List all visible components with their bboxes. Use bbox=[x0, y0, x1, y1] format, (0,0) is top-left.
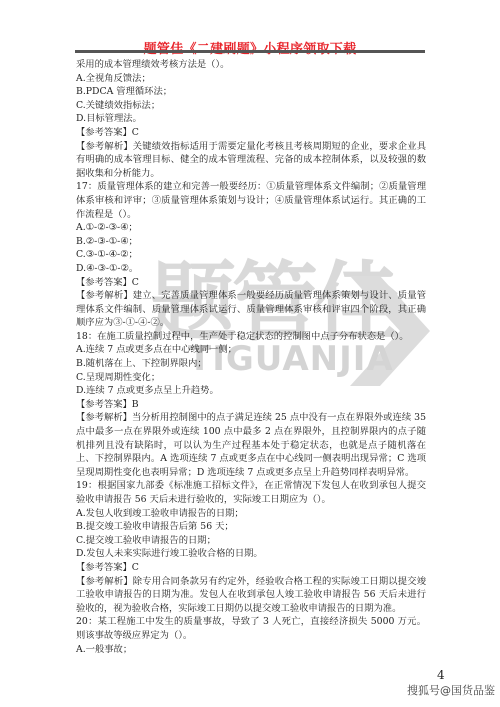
option-d: D.连续 7 点或更多点呈上升趋势。 bbox=[76, 384, 426, 398]
question-stem: 采用的成本管理绩效考核方法是（）。 bbox=[76, 58, 426, 72]
document-body: 采用的成本管理绩效考核方法是（）。 A.全视角反馈法； B.PDCA 管理循环法… bbox=[76, 58, 426, 656]
explanation: 【参考解析】除专用合同条款另有约定外，经验收合格工程的实际竣工日期以提交竣工验收… bbox=[76, 575, 426, 616]
question-19: 19：根据国家九部委《标准施工招标文件》，在正常情况下发包人在收到承包人提交验收… bbox=[76, 479, 426, 506]
option-a: A.全视角反馈法； bbox=[76, 72, 426, 86]
option-b: B.提交竣工验收申请报告后第 56 天； bbox=[76, 520, 426, 534]
answer: 【参考答案】B bbox=[76, 398, 426, 412]
explanation: 【参考解析】当分析用控制图中的点子满足连续 25 点中没有一点在界限外或连续 3… bbox=[76, 411, 426, 479]
option-a: A.连续 7 点或更多点在中心线同一侧； bbox=[76, 343, 426, 357]
question-17: 17：质量管理体系的建立和完善一般要经历：①质量管理体系文件编制；②质量管理体系… bbox=[76, 180, 426, 221]
answer: 【参考答案】C bbox=[76, 561, 426, 575]
question-18: 18：在施工质量控制过程中，生产处于稳定状态的控制图中点子分布状态是（）。 bbox=[76, 330, 426, 344]
option-a: A.一般事故； bbox=[76, 643, 426, 657]
option-c: C.关键绩效指标法； bbox=[76, 99, 426, 113]
question-20: 20：某工程施工中发生的质量事故，导致了 3 人死亡，直接经济损失 5000 万… bbox=[76, 615, 426, 642]
header-title: 题管佳《二建刷题》小程序领取下载 bbox=[0, 38, 500, 57]
option-d: D.④-③-①-②。 bbox=[76, 262, 426, 276]
option-b: B.②-③-①-④； bbox=[76, 235, 426, 249]
explanation: 【参考解析】关键绩效指标适用于需要定量化考核且考核周期短的企业，要求企业具有明确… bbox=[76, 140, 426, 181]
answer: 【参考答案】C bbox=[76, 276, 426, 290]
option-a: A.①-②-③-④； bbox=[76, 221, 426, 235]
page-number: 4 bbox=[437, 668, 445, 682]
option-c: C.提交竣工验收申请报告的日期； bbox=[76, 534, 426, 548]
option-b: B.随机落在上、下控制界限内； bbox=[76, 357, 426, 371]
option-c: C.呈现周期性变化； bbox=[76, 371, 426, 385]
explanation: 【参考解析】建立、完善质量管理体系一般要经历质量管理体系策划与设计、质量管理体系… bbox=[76, 289, 426, 330]
answer: 【参考答案】C bbox=[76, 126, 426, 140]
option-c: C.③-①-④-②； bbox=[76, 248, 426, 262]
option-d: D.发包人未来实际进行竣工验收合格的日期。 bbox=[76, 547, 426, 561]
source-watermark: 搜狐号@国货品鉴 bbox=[407, 682, 495, 698]
option-b: B.PDCA 管理循环法； bbox=[76, 85, 426, 99]
option-d: D.目标管理法。 bbox=[76, 112, 426, 126]
header-divider bbox=[75, 50, 425, 53]
option-a: A.发包人收到竣工验收申请报告的日期； bbox=[76, 507, 426, 521]
